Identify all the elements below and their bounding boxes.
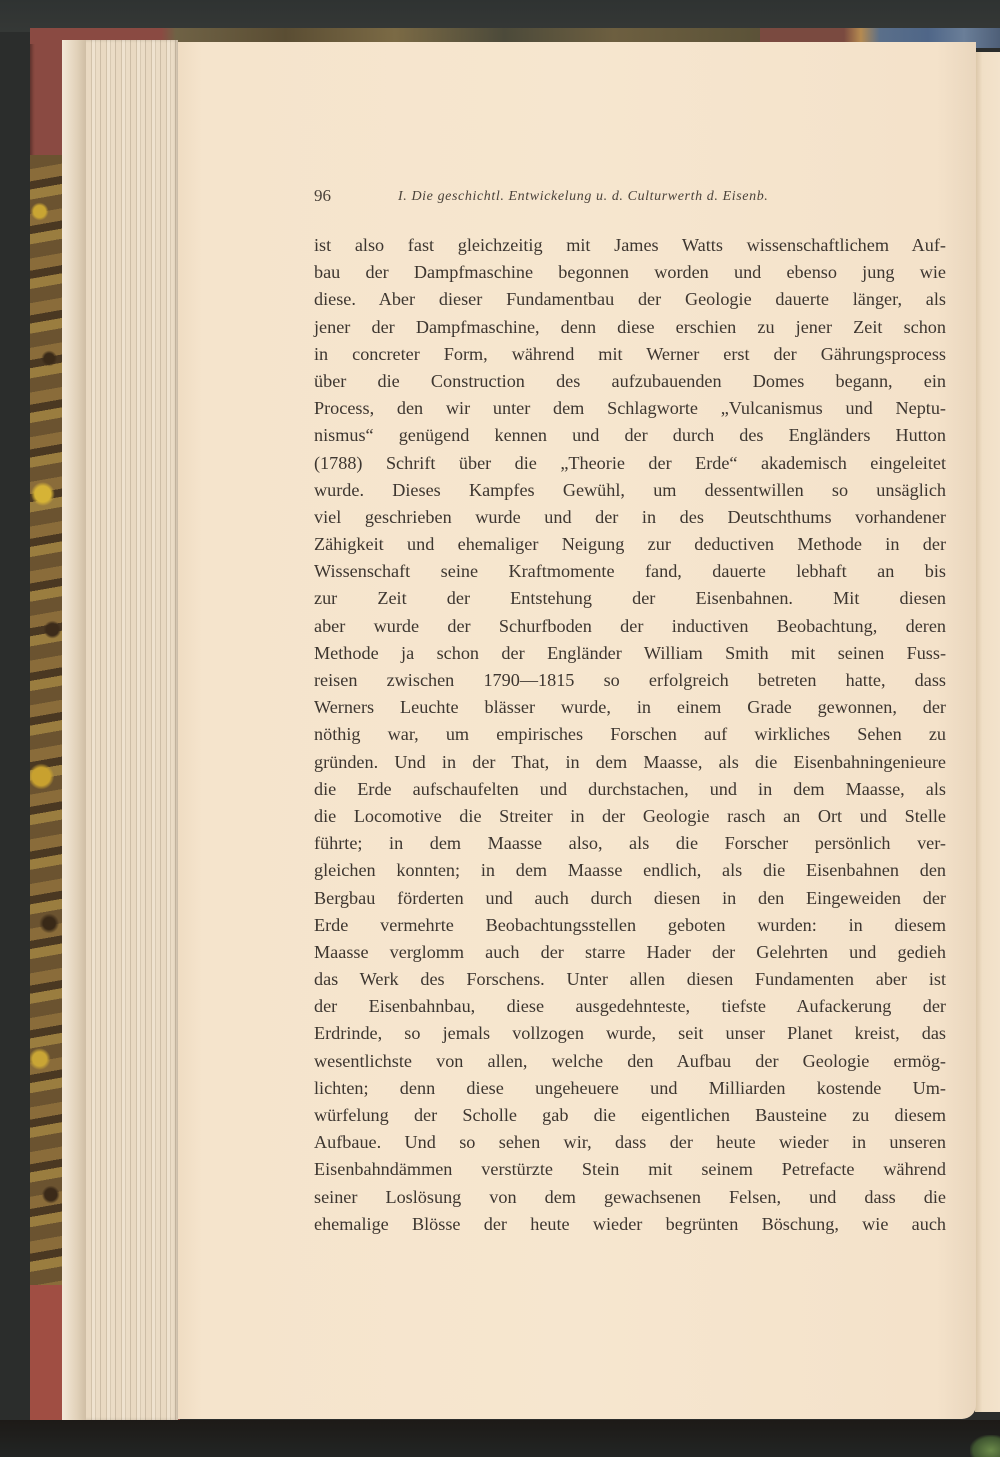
plant-leaf bbox=[970, 1435, 1000, 1457]
text-line: wurde. Dieses Kampfes Gewühl, um dessent… bbox=[314, 477, 946, 504]
text-line: Wissenschaft seine Kraftmomente fand, da… bbox=[314, 558, 946, 585]
running-head-title: I. Die geschichtl. Entwickelung u. d. Cu… bbox=[398, 189, 768, 205]
text-line: Maasse verglomm auch der starre Hader de… bbox=[314, 939, 946, 966]
text-line: reisen zwischen 1790—1815 so erfolgreich… bbox=[314, 667, 946, 694]
text-line: nismus“ genügend kennen und der durch de… bbox=[314, 422, 946, 449]
text-line: führte; in dem Maasse also, als die Fors… bbox=[314, 830, 946, 857]
text-line: Process, den wir unter dem Schlagworte „… bbox=[314, 395, 946, 422]
background-bottom bbox=[0, 1420, 1000, 1457]
text-line: Zähigkeit und ehemaliger Neigung zur ded… bbox=[314, 531, 946, 558]
text-line: Bergbau förderten und auch durch diesen … bbox=[314, 885, 946, 912]
text-line: in concreter Form, während mit Werner er… bbox=[314, 341, 946, 368]
text-line: Aufbaue. Und so sehen wir, dass der heut… bbox=[314, 1129, 946, 1156]
text-line: (1788) Schrift über die „Theorie der Erd… bbox=[314, 450, 946, 477]
text-line: über die Construction des aufzubauenden … bbox=[314, 368, 946, 395]
text-line: bau der Dampfmaschine begonnen worden un… bbox=[314, 259, 946, 286]
marbled-board bbox=[30, 155, 62, 1285]
page-number: 96 bbox=[314, 186, 331, 206]
page-stack-shading bbox=[62, 40, 86, 1420]
text-line: die Erde aufschaufelten und durchstachen… bbox=[314, 776, 946, 803]
page-fore-edges bbox=[62, 40, 178, 1420]
text-line: Erdrinde, so jemals vollzogen wurde, sei… bbox=[314, 1020, 946, 1047]
running-head: 96 I. Die geschichtl. Entwickelung u. d.… bbox=[314, 186, 874, 210]
text-line: gründen. Und in der That, in dem Maasse,… bbox=[314, 749, 946, 776]
text-line: wesentlichste von allen, welche den Aufb… bbox=[314, 1048, 946, 1075]
text-line: ist also fast gleichzeitig mit James Wat… bbox=[314, 232, 946, 259]
text-line: die Locomotive die Streiter in der Geolo… bbox=[314, 803, 946, 830]
facing-page-edge bbox=[975, 52, 1000, 1412]
text-line: aber wurde der Schurfboden der inductive… bbox=[314, 613, 946, 640]
text-line: diese. Aber dieser Fundamentbau der Geol… bbox=[314, 286, 946, 313]
text-line: Werners Leuchte blässer wurde, in einem … bbox=[314, 694, 946, 721]
body-text: ist also fast gleichzeitig mit James Wat… bbox=[314, 232, 946, 1238]
text-line: jener der Dampfmaschine, denn diese ersc… bbox=[314, 314, 946, 341]
text-line: nöthig war, um empirisches Forschen auf … bbox=[314, 721, 946, 748]
text-line: würfelung der Scholle gab die eigentlich… bbox=[314, 1102, 946, 1129]
text-line: Erde vermehrte Beobachtungsstellen gebot… bbox=[314, 912, 946, 939]
text-line: ehemalige Blösse der heute wieder begrün… bbox=[314, 1211, 946, 1238]
text-line: gleichen konnten; in dem Maasse endlich,… bbox=[314, 857, 946, 884]
text-line: seiner Loslösung von dem gewachsenen Fel… bbox=[314, 1184, 946, 1211]
text-line: Methode ja schon der Engländer William S… bbox=[314, 640, 946, 667]
text-line: das Werk des Forschens. Unter allen dies… bbox=[314, 966, 946, 993]
text-line: viel geschrieben wurde und der in des De… bbox=[314, 504, 946, 531]
text-line: lichten; denn diese ungeheuere und Milli… bbox=[314, 1075, 946, 1102]
text-line: der Eisenbahnbau, diese ausgedehnteste, … bbox=[314, 993, 946, 1020]
text-line: Eisenbahndämmen verstürzte Stein mit sei… bbox=[314, 1156, 946, 1183]
text-line: zur Zeit der Entstehung der Eisenbahnen.… bbox=[314, 585, 946, 612]
